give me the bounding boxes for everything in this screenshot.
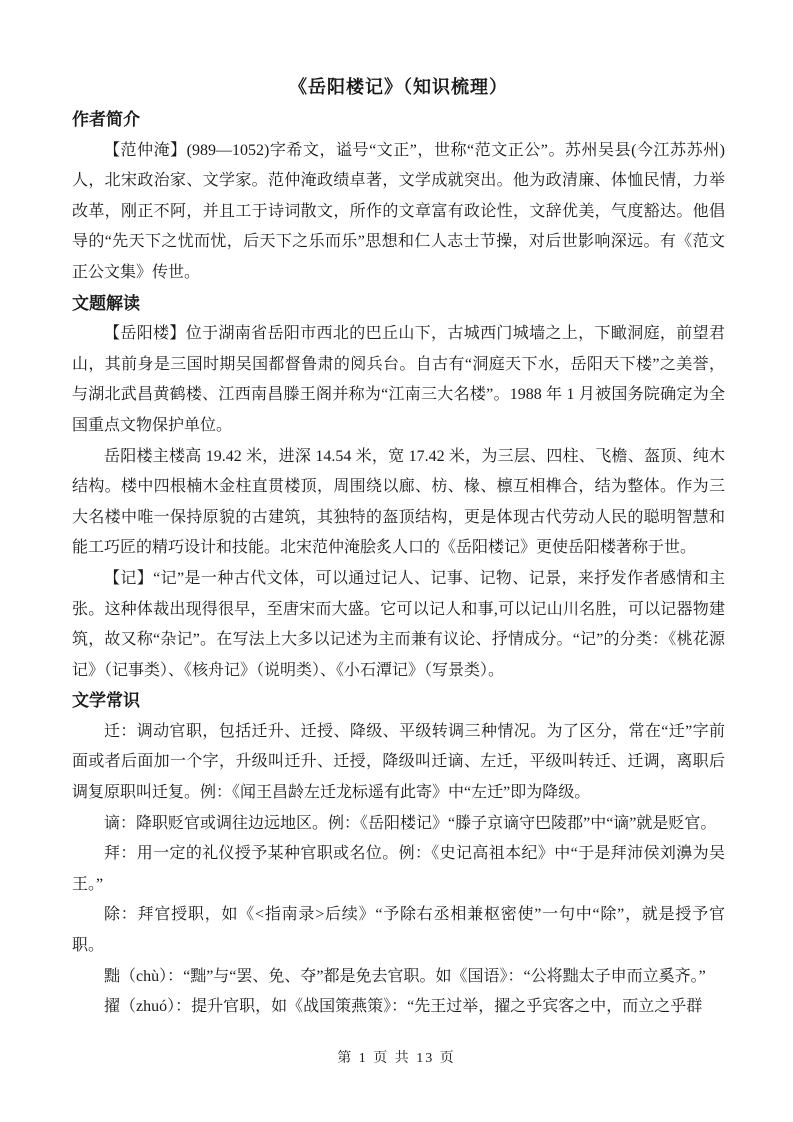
paragraph: 【记】“记”是一种古代文体，可以通过记人、记事、记物、记景，来抒发作者感情和主张… — [72, 564, 725, 686]
paragraph: 除：拜官授职，如《<指南录>后续》“予除右丞相兼枢密使”一句中“除”，就是授予官… — [72, 900, 725, 961]
document-page: 《岳阳楼记》（知识梳理） 作者简介 【范仲淹】(989—1052)字希文，谥号“… — [0, 0, 793, 1122]
paragraph: 岳阳楼主楼高 19.42 米，进深 14.54 米，宽 17.42 米，为三层、… — [72, 442, 725, 564]
section-literary-knowledge: 文学常识 迁：调动官职，包括迁升、迁授、降级、平级转调三种情况。为了区分，常在“… — [72, 686, 725, 1023]
page-footer: 第 1 页 共 13 页 — [0, 1048, 793, 1070]
document-title: 《岳阳楼记》（知识梳理） — [72, 74, 725, 100]
paragraph: 【岳阳楼】位于湖南省岳阳市西北的巴丘山下，古城西门城墙之上，下瞰洞庭，前望君山，… — [72, 319, 725, 441]
paragraph: 黜（chù）：“黜”与“罢、免、夺”都是免去官职。如《国语》：“公将黜太子申而立… — [72, 962, 725, 993]
section-heading-literary-knowledge: 文学常识 — [72, 686, 725, 717]
section-author-intro: 作者简介 【范仲淹】(989—1052)字希文，谥号“文正”，世称“范文正公”。… — [72, 105, 725, 289]
section-title-analysis: 文题解读 【岳阳楼】位于湖南省岳阳市西北的巴丘山下，古城西门城墙之上，下瞰洞庭，… — [72, 289, 725, 687]
section-heading-author-intro: 作者简介 — [72, 105, 725, 136]
paragraph: 【范仲淹】(989—1052)字希文，谥号“文正”，世称“范文正公”。苏州吴县(… — [72, 136, 725, 289]
document-content: 《岳阳楼记》（知识梳理） 作者简介 【范仲淹】(989—1052)字希文，谥号“… — [72, 74, 725, 1023]
section-heading-title-analysis: 文题解读 — [72, 289, 725, 320]
paragraph: 拜：用一定的礼仪授予某种官职或名位。例：《史记高祖本纪》中“于是拜沛侯刘濞为吴王… — [72, 839, 725, 900]
paragraph: 擢（zhuó）：提升官职，如《战国策燕策》：“先王过举，擢之乎宾客之中，而立之乎… — [72, 992, 725, 1023]
paragraph: 迁：调动官职，包括迁升、迁授、降级、平级转调三种情况。为了区分，常在“迁”字前面… — [72, 717, 725, 809]
paragraph: 谪：降职贬官或调往边远地区。例：《岳阳楼记》“滕子京谪守巴陵郡”中“谪”就是贬官… — [72, 809, 725, 840]
